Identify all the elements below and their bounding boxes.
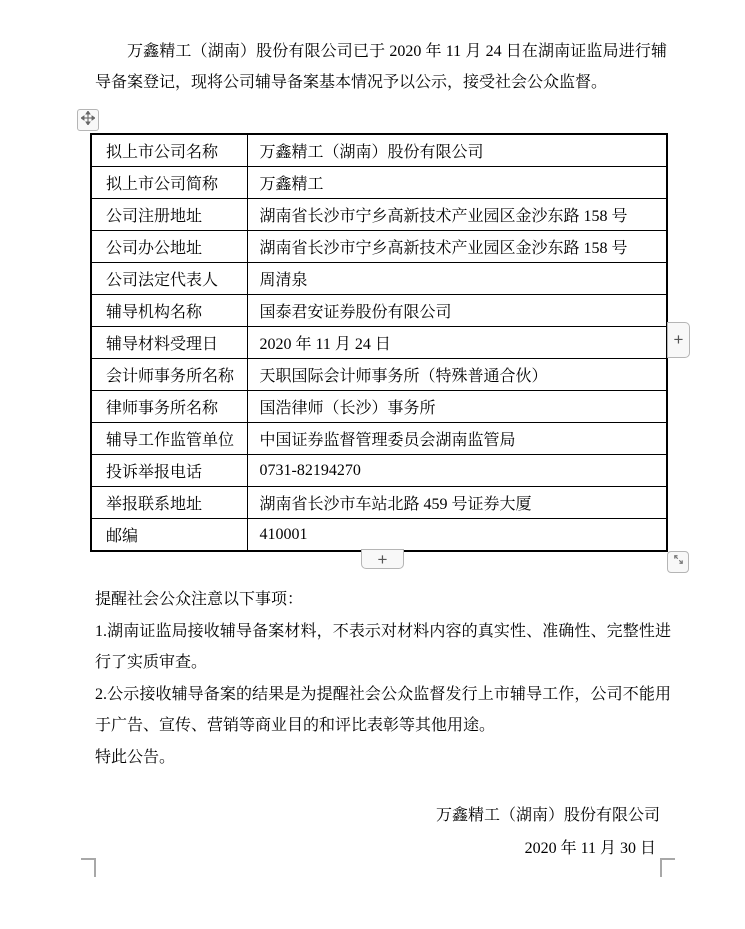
row-label[interactable]: 拟上市公司名称 xyxy=(91,134,247,167)
row-label[interactable]: 公司办公地址 xyxy=(91,231,247,263)
row-value[interactable]: 国浩律师（长沙）事务所 xyxy=(247,391,667,423)
table-row: 公司法定代表人 周清泉 xyxy=(91,263,667,295)
row-value[interactable]: 0731-82194270 xyxy=(247,455,667,487)
row-label[interactable]: 拟上市公司简称 xyxy=(91,167,247,199)
move-icon xyxy=(81,111,95,130)
row-value[interactable]: 410001 xyxy=(247,519,667,552)
diagonal-resize-icon xyxy=(672,553,685,571)
row-label[interactable]: 举报联系地址 xyxy=(91,487,247,519)
row-value[interactable]: 万鑫精工 xyxy=(247,167,667,199)
notice-item-1: 1.湖南证监局接收辅导备案材料，不表示对材料内容的真实性、准确性、完整性进行了实… xyxy=(95,616,671,679)
notice-item-2: 2.公示接收辅导备案的结果是为提醒社会公众监督发行上市辅导工作，公司不能用于广告… xyxy=(95,679,671,742)
table-row: 律师事务所名称 国浩律师（长沙）事务所 xyxy=(91,391,667,423)
row-label[interactable]: 会计师事务所名称 xyxy=(91,359,247,391)
signature-company: 万鑫精工（湖南）股份有限公司 xyxy=(95,799,660,832)
signature-block: 万鑫精工（湖南）股份有限公司 2020 年 11 月 30 日 xyxy=(95,799,660,865)
table-row: 辅导工作监管单位 中国证券监督管理委员会湖南监管局 xyxy=(91,423,667,455)
notice-heading: 提醒社会公众注意以下事项： xyxy=(95,584,671,616)
row-label[interactable]: 律师事务所名称 xyxy=(91,391,247,423)
table-row: 拟上市公司简称 万鑫精工 xyxy=(91,167,667,199)
plus-icon: + xyxy=(674,330,684,350)
row-value[interactable]: 湖南省长沙市车站北路 459 号证券大厦 xyxy=(247,487,667,519)
table-row: 辅导机构名称 国泰君安证券股份有限公司 xyxy=(91,295,667,327)
row-value[interactable]: 国泰君安证券股份有限公司 xyxy=(247,295,667,327)
row-label[interactable]: 辅导机构名称 xyxy=(91,295,247,327)
row-label[interactable]: 辅导材料受理日 xyxy=(91,327,247,359)
row-label[interactable]: 公司法定代表人 xyxy=(91,263,247,295)
row-value[interactable]: 中国证券监督管理委员会湖南监管局 xyxy=(247,423,667,455)
table-resize-handle[interactable] xyxy=(667,551,689,573)
signature-date: 2020 年 11 月 30 日 xyxy=(95,832,660,865)
plus-icon: + xyxy=(378,551,388,568)
row-value[interactable]: 天职国际会计师事务所（特殊普通合伙） xyxy=(247,359,667,391)
table-row: 举报联系地址 湖南省长沙市车站北路 459 号证券大厦 xyxy=(91,487,667,519)
row-value[interactable]: 湖南省长沙市宁乡高新技术产业园区金沙东路 158 号 xyxy=(247,231,667,263)
table-row: 投诉举报电话 0731-82194270 xyxy=(91,455,667,487)
table-row: 公司注册地址 湖南省长沙市宁乡高新技术产业园区金沙东路 158 号 xyxy=(91,199,667,231)
margin-mark-bottom-left xyxy=(81,858,96,877)
notice-section: 提醒社会公众注意以下事项： 1.湖南证监局接收辅导备案材料，不表示对材料内容的真… xyxy=(95,584,671,773)
add-row-button[interactable]: + xyxy=(361,549,404,569)
row-value[interactable]: 万鑫精工（湖南）股份有限公司 xyxy=(247,134,667,167)
closing-line: 特此公告。 xyxy=(95,742,671,774)
row-label[interactable]: 邮编 xyxy=(91,519,247,552)
table-row: 会计师事务所名称 天职国际会计师事务所（特殊普通合伙） xyxy=(91,359,667,391)
row-value[interactable]: 2020 年 11 月 24 日 xyxy=(247,327,667,359)
intro-paragraph: 万鑫精工（湖南）股份有限公司已于 2020 年 11 月 24 日在湖南证监局进… xyxy=(95,36,667,98)
company-info-table: 拟上市公司名称 万鑫精工（湖南）股份有限公司 拟上市公司简称 万鑫精工 公司注册… xyxy=(90,133,668,552)
table-row: 邮编 410001 xyxy=(91,519,667,552)
row-label[interactable]: 辅导工作监管单位 xyxy=(91,423,247,455)
table-row: 拟上市公司名称 万鑫精工（湖南）股份有限公司 xyxy=(91,134,667,167)
add-column-button[interactable]: + xyxy=(667,322,690,358)
row-label[interactable]: 公司注册地址 xyxy=(91,199,247,231)
row-value[interactable]: 湖南省长沙市宁乡高新技术产业园区金沙东路 158 号 xyxy=(247,199,667,231)
table-row: 公司办公地址 湖南省长沙市宁乡高新技术产业园区金沙东路 158 号 xyxy=(91,231,667,263)
row-label[interactable]: 投诉举报电话 xyxy=(91,455,247,487)
margin-mark-bottom-right xyxy=(660,858,675,877)
table-row: 辅导材料受理日 2020 年 11 月 24 日 xyxy=(91,327,667,359)
table-move-handle[interactable] xyxy=(77,109,99,131)
row-value[interactable]: 周清泉 xyxy=(247,263,667,295)
